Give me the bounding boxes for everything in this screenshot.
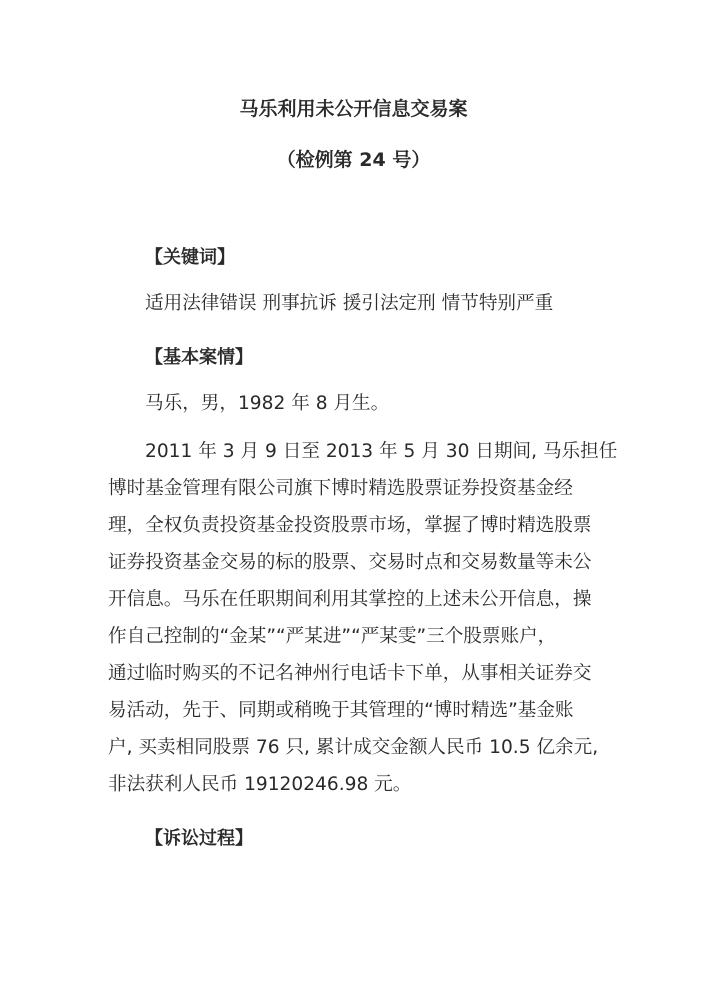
facts-line: 易活动，先于、同期或稍晚于其管理的“博时精选”基金账: [108, 700, 603, 722]
facts-line: 证券投资基金交易的标的股票、交易时点和交易数量等未公: [108, 552, 603, 574]
document-page: 马乐利用未公开信息交易案 （检例第 24 号） 【关键词】 适用法律错误 刑事抗…: [0, 0, 707, 999]
facts-person: 马乐，男，1982 年 8 月生。: [145, 393, 640, 415]
keywords-heading: 【关键词】: [145, 243, 235, 269]
facts-line: 2011 年 3 月 9 日至 2013 年 5 月 30 日期间, 马乐担任: [145, 441, 640, 463]
facts-line: 非法获利人民币 19120246.98 元。: [108, 774, 603, 796]
facts-line: 开信息。马乐在任职期间利用其掌控的上述未公开信息，操: [108, 589, 603, 611]
facts-line: 通过临时购买的不记名神州行电话卡下单，从事相关证券交: [108, 663, 603, 685]
facts-line: 博时基金管理有限公司旗下博时精选股票证券投资基金经: [108, 478, 603, 500]
document-subtitle: （检例第 24 号）: [0, 145, 707, 172]
facts-line: 户, 买卖相同股票 76 只, 累计成交金额人民币 10.5 亿余元,: [108, 737, 603, 759]
facts-line: 理，全权负责投资基金投资股票市场，掌握了博时精选股票: [108, 515, 603, 537]
facts-line: 作自己控制的“金某”“严某进”“严某雯”三个股票账户，: [108, 626, 603, 648]
facts-heading: 【基本案情】: [145, 343, 253, 369]
litigation-heading: 【诉讼过程】: [145, 824, 253, 850]
keywords-text: 适用法律错误 刑事抗诉 援引法定刑 情节特别严重: [145, 293, 640, 315]
document-title: 马乐利用未公开信息交易案: [0, 94, 707, 121]
